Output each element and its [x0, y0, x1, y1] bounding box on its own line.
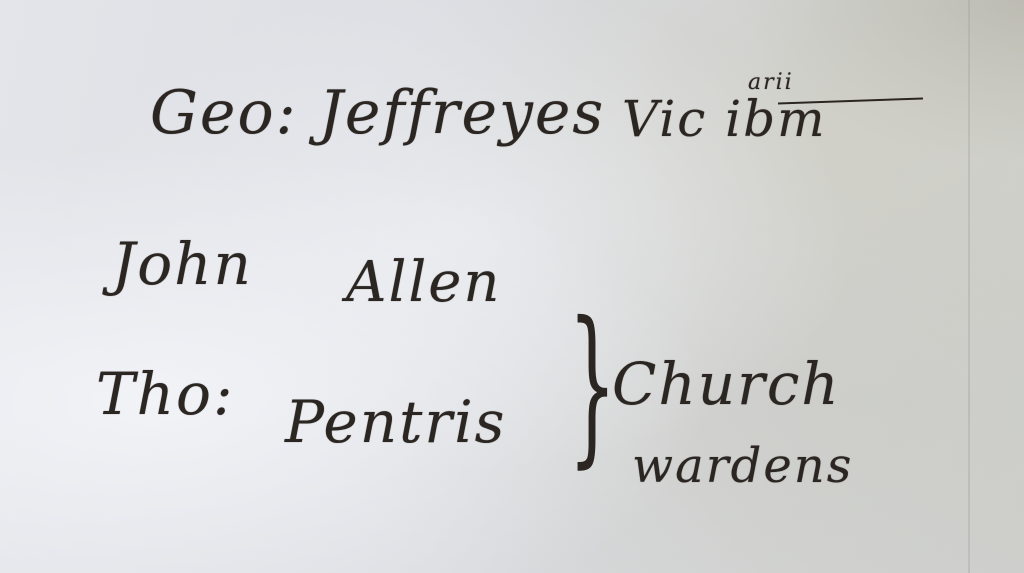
vicar-title-suffix: ibm: [725, 90, 826, 148]
role-label-line2: wardens: [632, 438, 853, 494]
churchwarden-2-last-name: Pentris: [285, 388, 506, 456]
churchwarden-2-first-name: Tho:: [96, 360, 235, 428]
vicar-name: Geo: Jeffreyes: [150, 78, 605, 148]
vicar-title-abbrev: Vic ibm: [622, 90, 827, 148]
bracket-brace: }: [568, 300, 617, 470]
churchwarden-1-first-name: John: [112, 230, 253, 298]
document-page: Geo: Jeffreyes Vic ibm arii John Allen T…: [0, 0, 1024, 573]
churchwarden-1-last-name: Allen: [346, 250, 501, 315]
vicar-title-main: Vic: [622, 90, 707, 148]
paper-fold-line: [968, 0, 970, 573]
role-label-line1: Church: [612, 350, 841, 418]
vicar-title-superscript: arii: [748, 70, 794, 95]
